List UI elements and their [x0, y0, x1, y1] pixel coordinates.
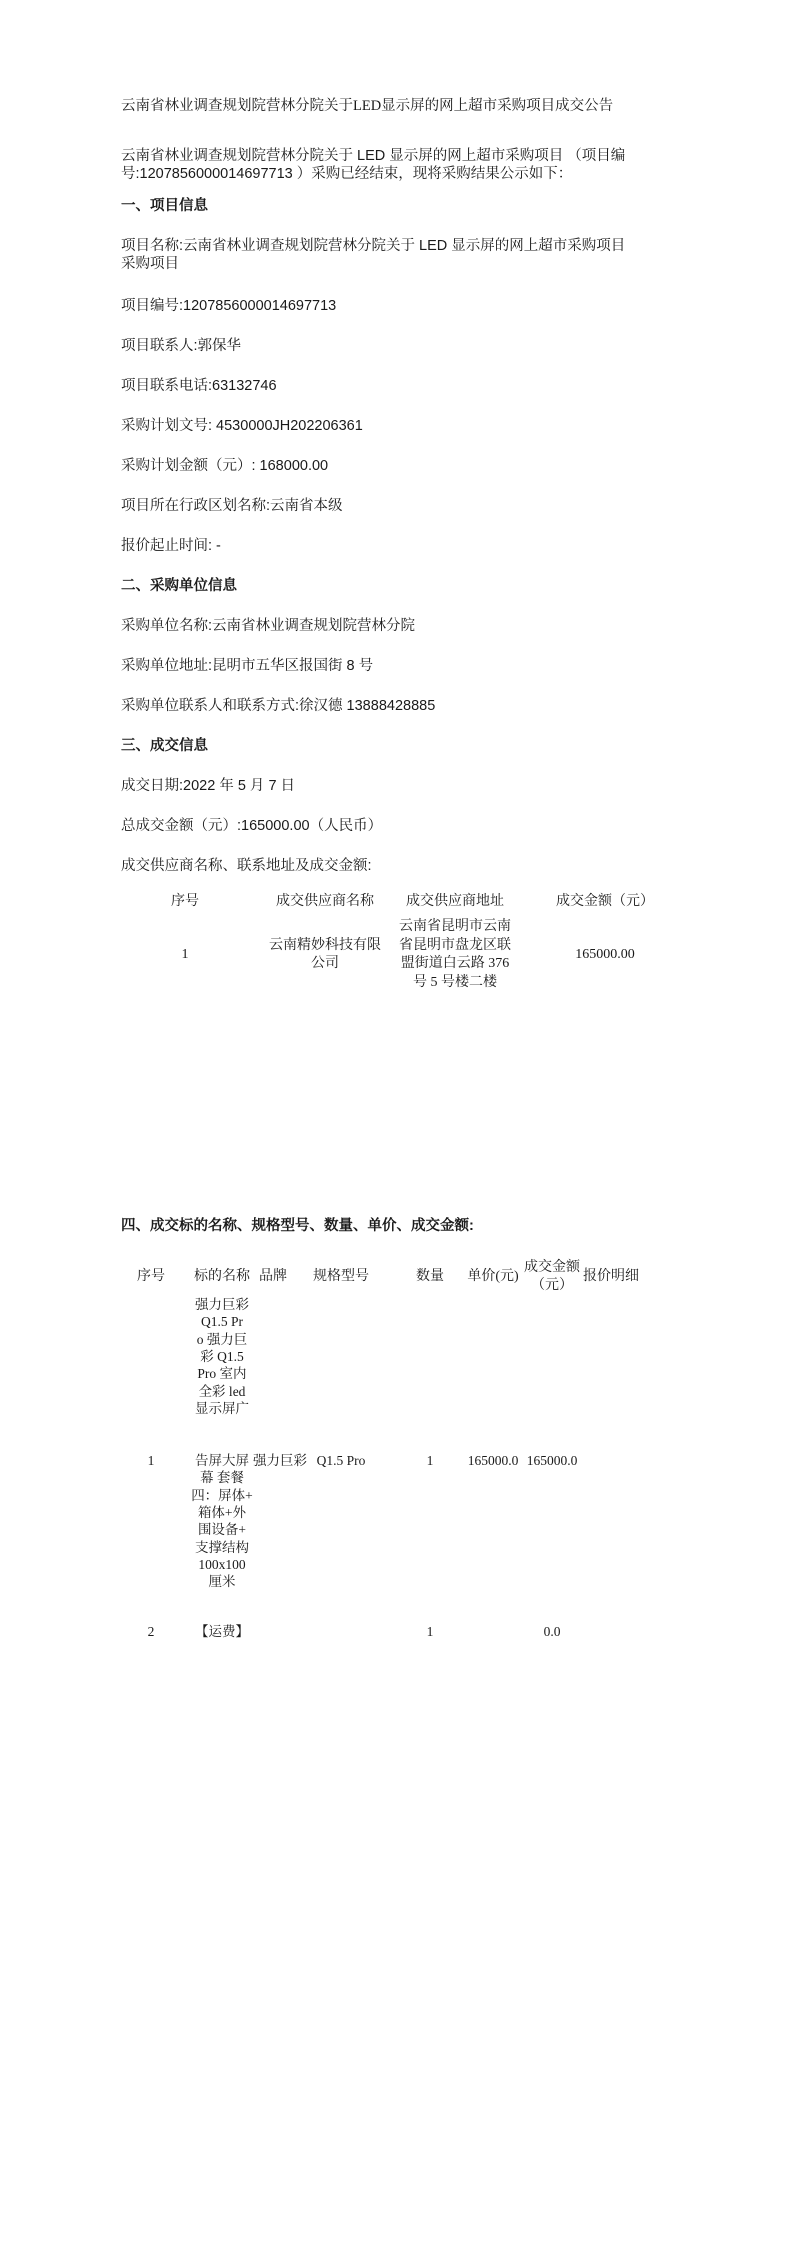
- header-index: 序号: [155, 893, 215, 911]
- intro-line-2: 号:1207856000014697713 ）采购已经结束，现将采购结果公示如下…: [121, 164, 681, 184]
- row-model: Q1.5 Pro: [300, 1452, 382, 1469]
- row-address-4: 号 5 号楼二楼: [390, 974, 520, 992]
- supplier-intro: 成交供应商名称、联系地址及成交金额:: [121, 856, 681, 876]
- deal-date: 成交日期:2022 年 5 月 7 日: [121, 776, 681, 796]
- project-name-line-1: 项目名称:云南省林业调查规划院营林分院关于 LED 显示屏的网上超市采购项目: [121, 236, 681, 256]
- header-model: 规格型号: [300, 1268, 382, 1286]
- row-address-3: 盟街道白云路 376: [390, 955, 520, 973]
- project-contact-person: 项目联系人:郭保华: [121, 336, 681, 356]
- row-amount: 0.0: [522, 1623, 582, 1640]
- total-deal-amount: 总成交金额（元）:165000.00（人民币）: [121, 816, 681, 836]
- plan-amount: 采购计划金额（元）: 168000.00: [121, 456, 681, 476]
- item-name-line: 全彩 led: [186, 1383, 258, 1400]
- item-name-line: 彩 Q1.5: [186, 1348, 258, 1365]
- item-name-line: 100x100: [186, 1556, 258, 1573]
- section-heading-deal-info: 三、成交信息: [121, 736, 681, 756]
- row-supplier-name-1: 云南精妙科技有限: [260, 937, 390, 955]
- quote-period: 报价起止时间: -: [121, 536, 681, 556]
- header-quantity: 数量: [405, 1268, 455, 1286]
- document-title: 云南省林业调查规划院营林分院关于LED显示屏的网上超市采购项目成交公告: [121, 96, 681, 116]
- project-name-line-2: 采购项目: [121, 254, 681, 274]
- purchaser-contact: 采购单位联系人和联系方式:徐汉德 13888428885: [121, 696, 681, 716]
- header-deal-amount: 成交金额（元）: [530, 893, 680, 911]
- row-item-name: 【运费】: [186, 1623, 258, 1640]
- item-name-line: 显示屏广: [186, 1400, 258, 1417]
- item-name-line: 支撑结构: [186, 1539, 258, 1556]
- header-unit-price: 单价(元): [458, 1268, 528, 1286]
- item-name-line: o 强力巨: [186, 1331, 258, 1348]
- header-item-name: 标的名称: [186, 1268, 258, 1286]
- plan-doc-number: 采购计划文号: 4530000JH202206361: [121, 416, 681, 436]
- header-supplier-name: 成交供应商名称: [260, 893, 390, 911]
- header-deal-amount-line-2: （元）: [522, 1277, 582, 1295]
- header-supplier-address: 成交供应商地址: [390, 893, 520, 911]
- item-name-line: 厘米: [186, 1573, 258, 1590]
- project-contact-phone: 项目联系电话:63132746: [121, 376, 681, 396]
- section-heading-purchaser-info: 二、采购单位信息: [121, 576, 681, 596]
- row-amount: 165000.00: [530, 946, 680, 964]
- item-name-line: 围设备+: [186, 1521, 258, 1538]
- row-quantity: 1: [405, 1452, 455, 1469]
- item-name-line: 幕 套餐: [186, 1469, 258, 1486]
- project-number: 项目编号:1207856000014697713: [121, 296, 681, 316]
- row-index: 1: [155, 946, 215, 964]
- row-index: 1: [126, 1452, 176, 1469]
- row-address-1: 云南省昆明市云南: [390, 918, 520, 936]
- item-name-line: Pro 室内: [186, 1365, 258, 1382]
- row-quantity: 1: [405, 1623, 455, 1640]
- section-heading-items: 四、成交标的名称、规格型号、数量、单价、成交金额:: [121, 1216, 681, 1236]
- row-address-2: 省昆明市盘龙区联: [390, 937, 520, 955]
- announcement-page: 云南省林业调查规划院营林分院关于LED显示屏的网上超市采购项目成交公告 云南省林…: [0, 0, 793, 2244]
- row-brand: 强力巨彩: [253, 1452, 293, 1469]
- purchaser-name: 采购单位名称:云南省林业调查规划院营林分院: [121, 616, 681, 636]
- intro-line-1: 云南省林业调查规划院营林分院关于 LED 显示屏的网上超市采购项目 （项目编: [121, 146, 681, 166]
- row-amount: 165000.0: [522, 1452, 582, 1469]
- header-index: 序号: [126, 1268, 176, 1286]
- header-brand: 品牌: [253, 1268, 293, 1286]
- item-name-line: 四：屏体+: [186, 1487, 258, 1504]
- item-name-line: Q1.5 Pr: [186, 1313, 258, 1330]
- header-quote-detail: 报价明细: [578, 1268, 644, 1286]
- section-heading-project-info: 一、项目信息: [121, 196, 681, 216]
- item-name-line: 箱体+外: [186, 1504, 258, 1521]
- row-index: 2: [126, 1623, 176, 1640]
- purchaser-address: 采购单位地址:昆明市五华区报国街 8 号: [121, 656, 681, 676]
- item-name-line: 告屏大屏: [186, 1452, 258, 1469]
- header-deal-amount-line-1: 成交金额: [522, 1259, 582, 1277]
- row-unit-price: 165000.0: [458, 1452, 528, 1469]
- item-name-line: 强力巨彩: [186, 1296, 258, 1313]
- project-region: 项目所在行政区划名称:云南省本级: [121, 496, 681, 516]
- row-supplier-name-2: 公司: [260, 955, 390, 973]
